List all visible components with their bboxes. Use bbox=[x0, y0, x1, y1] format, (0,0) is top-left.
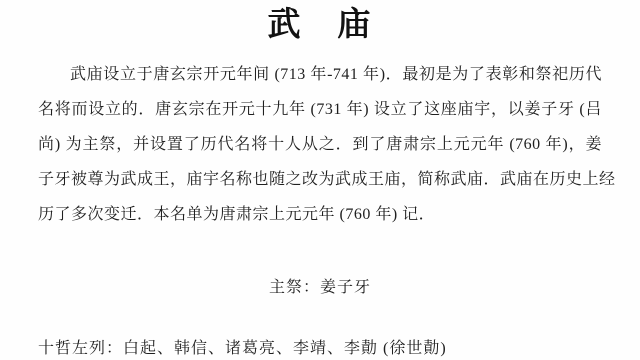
paragraph-line: 武庙设立于唐玄宗开元年间 (713 年-741 年)．最初是为了表彰和祭祀历代 bbox=[38, 57, 602, 92]
document-page: 武 庙 武庙设立于唐玄宗开元年间 (713 年-741 年)．最初是为了表彰和祭… bbox=[0, 0, 640, 360]
paragraph-line: 历了多次变迁．本名单为唐肃宗上元元年 (760 年) 记． bbox=[38, 197, 602, 232]
paragraph-line: 尚) 为主祭，并设置了历代名将十人从之．到了唐肃宗上元元年 (760 年)，姜 bbox=[38, 127, 602, 162]
paragraph-line: 名将而设立的．唐玄宗在开元十九年 (731 年) 设立了这座庙宇，以姜子牙 (吕 bbox=[38, 92, 602, 127]
officiant-line: 主祭：姜子牙 bbox=[38, 278, 602, 298]
document-title: 武 庙 bbox=[38, 0, 602, 48]
paragraph-line: 子牙被尊为武成王，庙宇名称也随之改为武成王庙，简称武庙．武庙在历史上经 bbox=[38, 162, 602, 197]
ten-sages-left-line: 十哲左列：白起、韩信、诸葛亮、李靖、李勣 (徐世勣) bbox=[38, 339, 602, 359]
body-paragraph: 武庙设立于唐玄宗开元年间 (713 年-741 年)．最初是为了表彰和祭祀历代名… bbox=[38, 57, 602, 232]
